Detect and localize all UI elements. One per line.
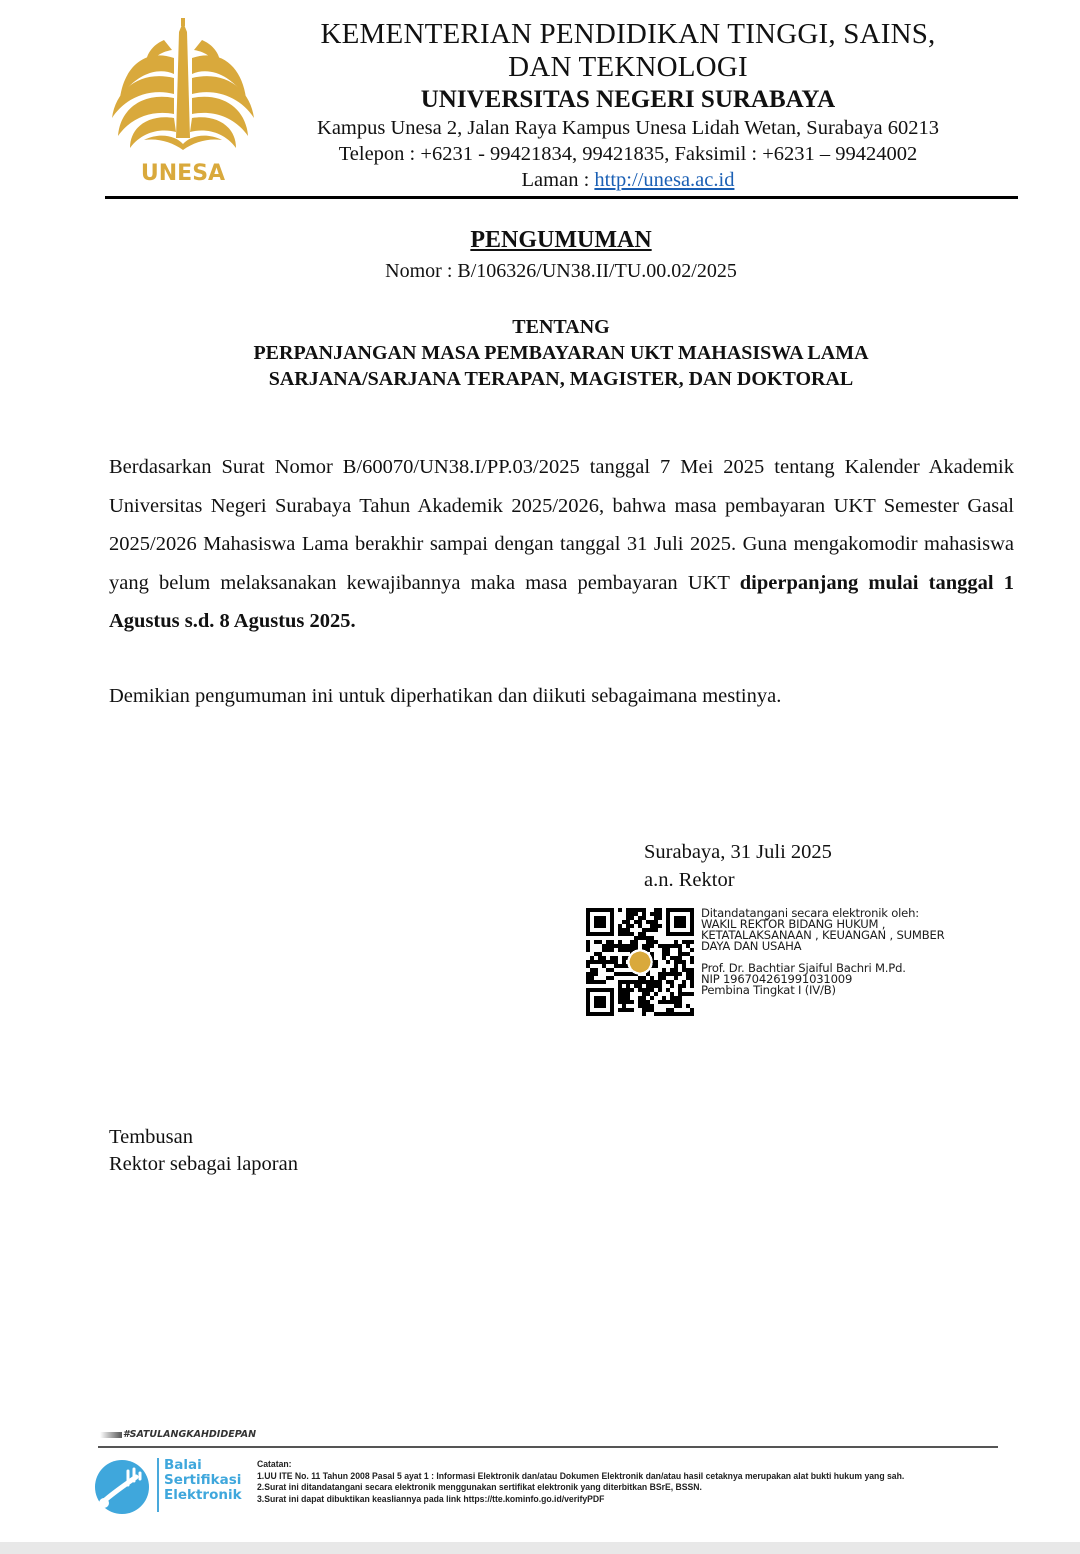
announcement-about: TENTANG (100, 314, 1022, 340)
bsre-line1: Balai (164, 1458, 242, 1473)
announcement-number: Nomor : B/106326/UN38.II/TU.00.02/2025 (100, 258, 1022, 284)
carbon-copy: Tembusan Rektor sebagai laporan (109, 1124, 298, 1178)
place-date: Surabaya, 31 Juli 2025 (644, 838, 832, 866)
bsre-logo-icon (92, 1457, 152, 1517)
announcement-subject-line2: SARJANA/SARJANA TERAPAN, MAGISTER, DAN D… (100, 366, 1022, 392)
website-line: Laman : http://unesa.ac.id (280, 167, 976, 193)
footer-notes: Catatan: 1.UU ITE No. 11 Tahun 2008 Pasa… (257, 1459, 971, 1505)
hashtag-text: #SATULANGKAHDIDEPAN (123, 1429, 256, 1440)
bsre-name: Balai Sertifikasi Elektronik (164, 1458, 242, 1503)
note-item[interactable]: 3.Surat ini dapat dibuktikan keasliannya… (257, 1494, 971, 1506)
signer-rank: Pembina Tingkat I (IV/B) (701, 985, 991, 996)
signer-position-line3: DAYA DAN USAHA (701, 941, 991, 952)
cc-recipient: Rektor sebagai laporan (109, 1151, 298, 1178)
on-behalf: a.n. Rektor (644, 866, 832, 894)
announcement-title-block: PENGUMUMAN Nomor : B/106326/UN38.II/TU.0… (100, 225, 1022, 392)
website-label: Laman : (522, 169, 595, 191)
notes-title: Catatan: (257, 1459, 971, 1471)
note-item: 2.Surat ini ditandatangani secara elektr… (257, 1482, 971, 1494)
footer-divider (98, 1446, 998, 1448)
website-link[interactable]: http://unesa.ac.id (594, 169, 734, 191)
signature-place-date: Surabaya, 31 Juli 2025 a.n. Rektor (644, 838, 832, 894)
page-bottom-edge (0, 1542, 1080, 1554)
university-name: UNIVERSITAS NEGERI SURABAYA (280, 85, 976, 115)
closing-statement: Demikian pengumuman ini untuk diperhatik… (109, 681, 781, 711)
note-item: 1.UU ITE No. 11 Tahun 2008 Pasal 5 ayat … (257, 1471, 971, 1483)
svg-text:UNESA: UNESA (141, 161, 225, 186)
announcement-subject-line1: PERPANJANGAN MASA PEMBAYARAN UKT MAHASIS… (100, 340, 1022, 366)
address: Kampus Unesa 2, Jalan Raya Kampus Unesa … (280, 115, 976, 141)
ministry-name-line2: DAN TEKNOLOGI (280, 51, 976, 84)
unesa-emblem-icon: UNESA (104, 18, 262, 188)
body-paragraph: Berdasarkan Surat Nomor B/60070/UN38.I/P… (109, 448, 1014, 641)
bsre-line2: Sertifikasi (164, 1473, 242, 1488)
electronic-signature-info: Ditandatangani secara elektronik oleh: W… (701, 908, 991, 996)
letterhead-divider (105, 196, 1018, 199)
phone-fax: Telepon : +6231 - 99421834, 99421835, Fa… (280, 141, 976, 167)
ministry-name-line1: KEMENTERIAN PENDIDIKAN TINGGI, SAINS, (280, 18, 976, 51)
bsre-emblem-icon (92, 1457, 152, 1517)
announcement-heading: PENGUMUMAN (100, 225, 1022, 255)
cc-label: Tembusan (109, 1124, 298, 1151)
qr-code-icon (586, 908, 694, 1016)
letterhead-text: KEMENTERIAN PENDIDIKAN TINGGI, SAINS, DA… (280, 18, 976, 193)
hashtag-bar (100, 1432, 122, 1438)
footer-hashtag: #SATULANGKAHDIDEPAN (100, 1429, 256, 1441)
qr-code-graphic (586, 908, 694, 1016)
bsre-divider (157, 1458, 159, 1512)
bsre-line3: Elektronik (164, 1488, 242, 1503)
unesa-logo: UNESA (104, 18, 262, 188)
